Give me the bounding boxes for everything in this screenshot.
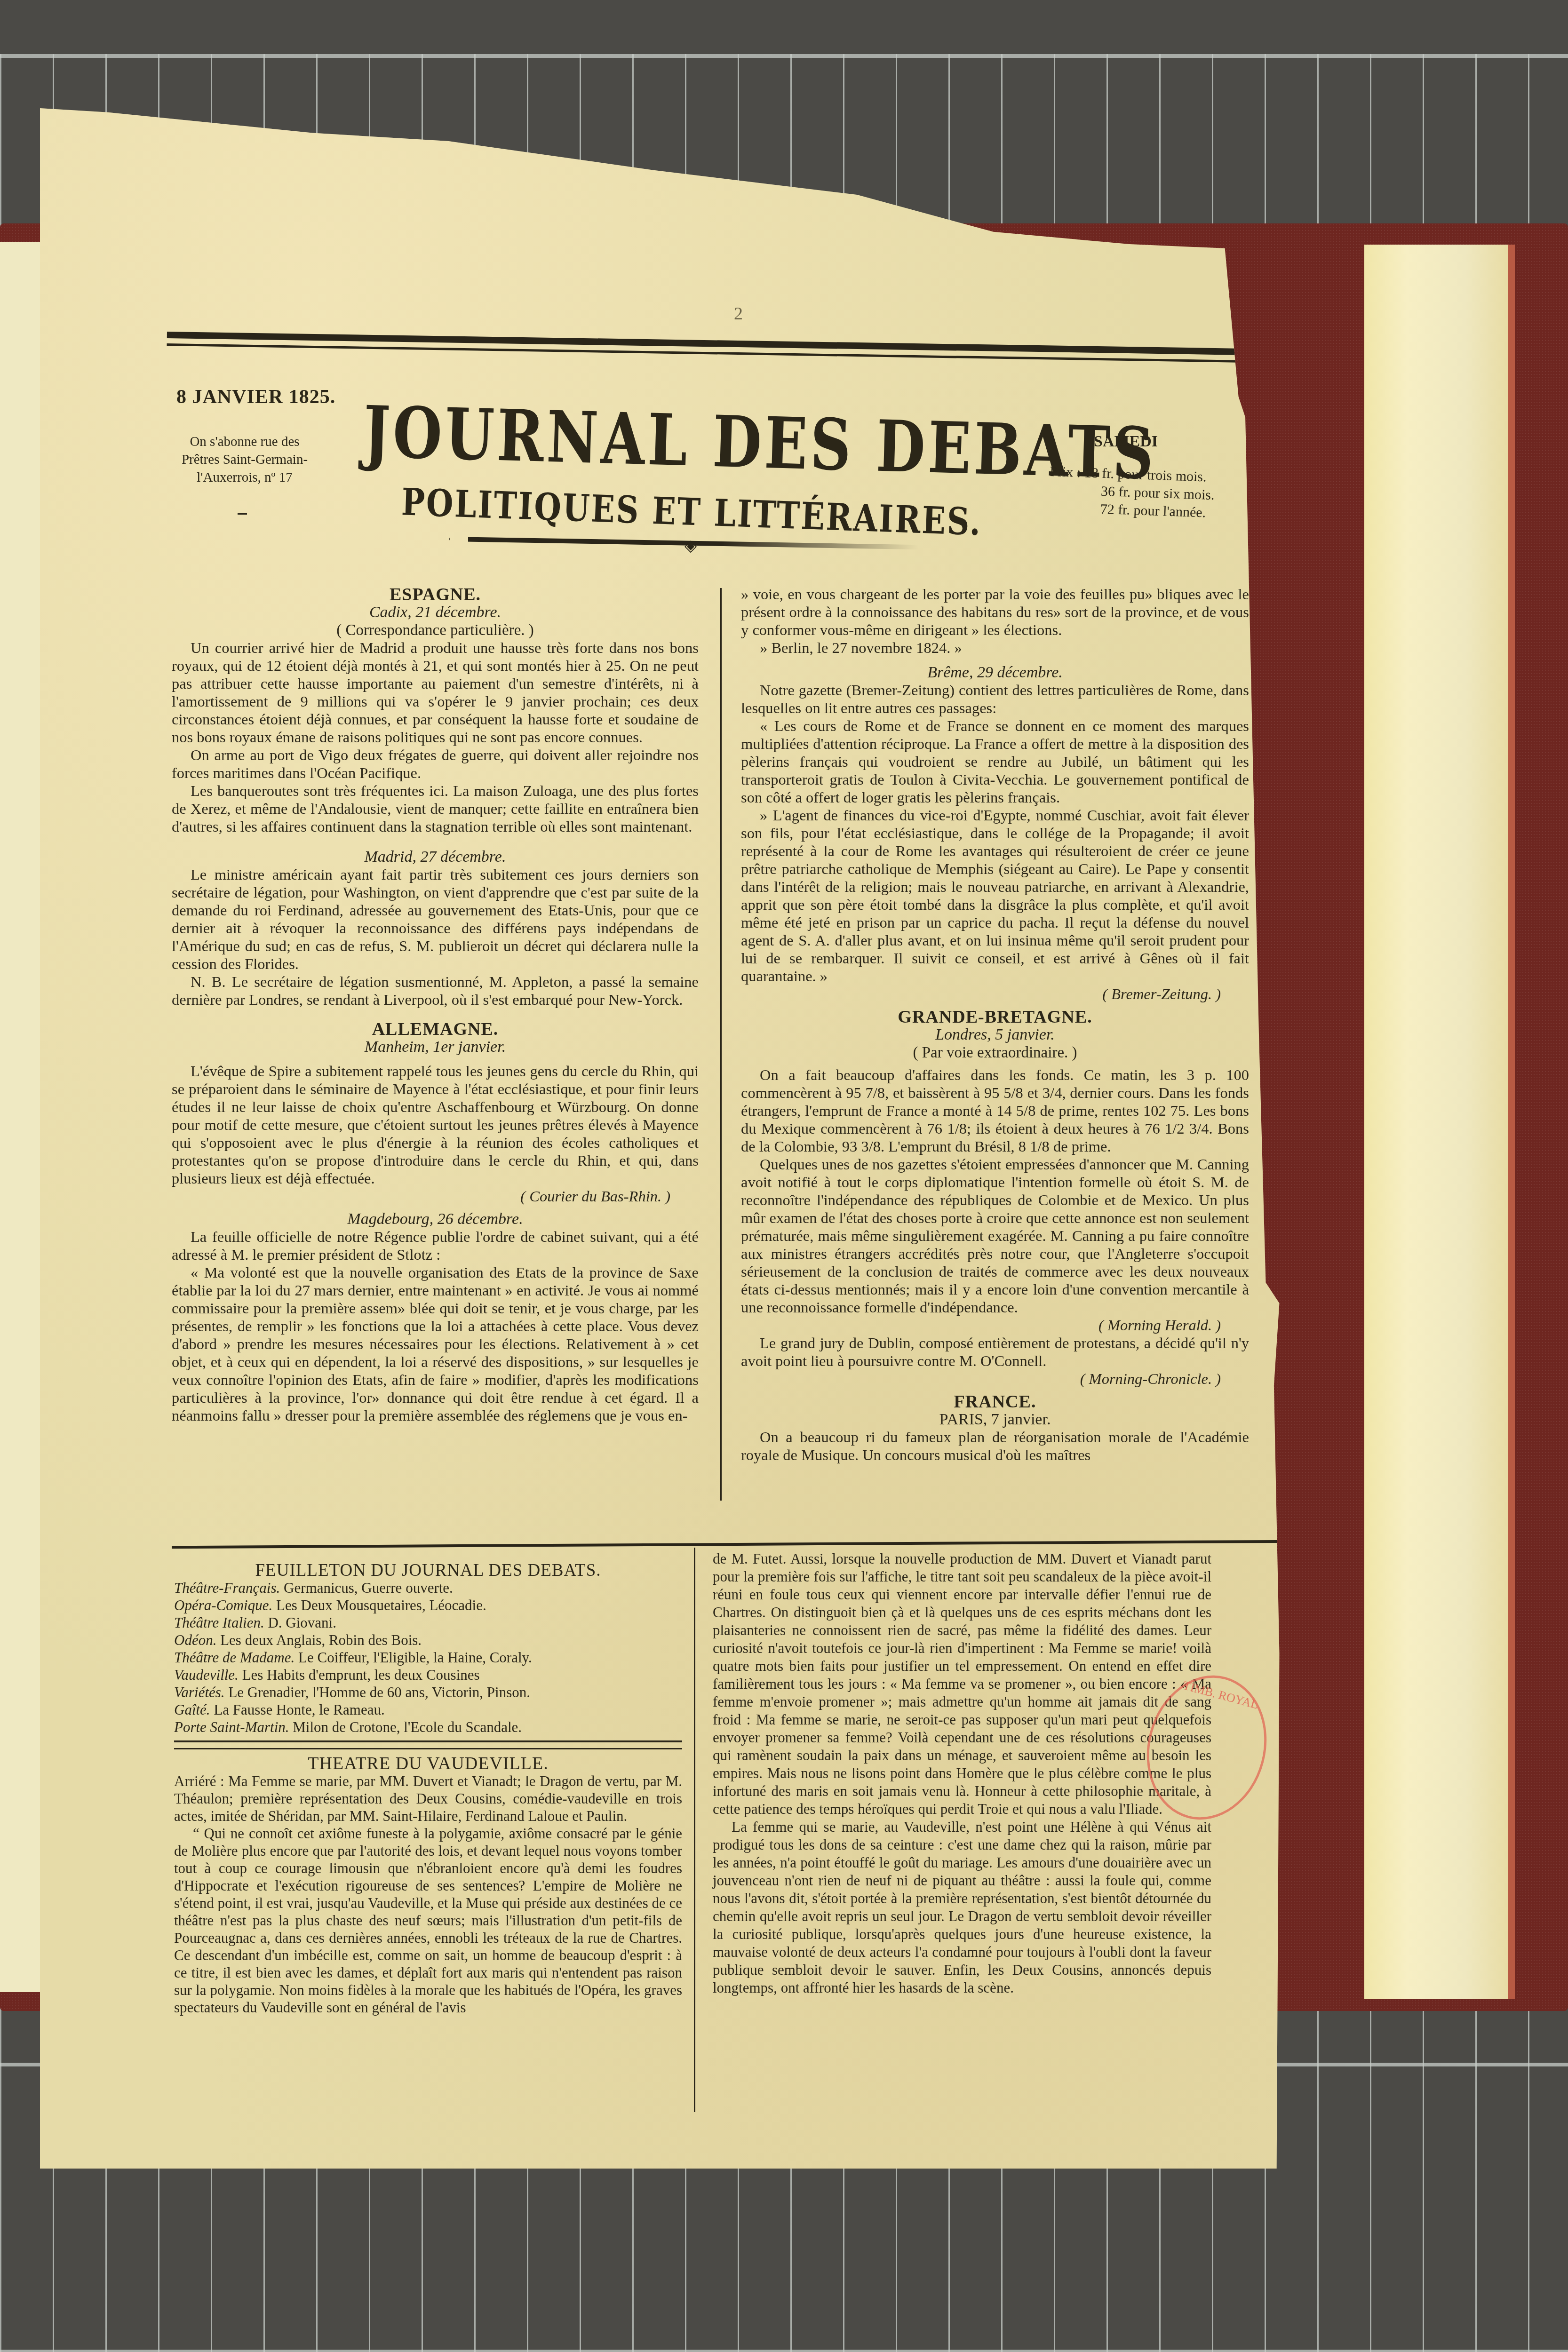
subscription-prices: Prix : 18 fr. pour trois mois. 36 fr. po… — [1048, 463, 1215, 522]
listing-item: Théâtre Italien. D. Giovani. — [174, 1614, 682, 1631]
article-quote: « Ma volonté est que la nouvelle organis… — [172, 1264, 699, 1425]
feuilleton-column-divider — [694, 1548, 695, 2112]
vaudeville-heading: THEATRE DU VAUDEVILLE. — [174, 1755, 682, 1772]
dateline-paris: PARIS, 7 janvier. — [741, 1411, 1249, 1429]
article-paragraph: On a beaucoup ri du fameux plan de réorg… — [741, 1429, 1249, 1464]
ornament-icon: ◈ — [685, 536, 697, 555]
signoff-berlin: » Berlin, le 27 novembre 1824. » — [741, 639, 1249, 657]
listing-item: Opéra-Comique. Les Deux Mousquetaires, L… — [174, 1597, 682, 1614]
article-paragraph: « Les cours de Rome et de France se donn… — [741, 717, 1249, 807]
listing-rule — [174, 1740, 682, 1742]
listing-item: Porte Saint-Martin. Milon de Crotone, l'… — [174, 1718, 682, 1736]
article-quote: » voie, en vous chargeant de les porter … — [741, 586, 1249, 639]
note-voie-extraordinaire: ( Par voie extraordinaire. ) — [741, 1044, 1249, 1062]
section-heading-grande-bretagne: GRANDE-BRETAGNE. — [741, 1008, 1249, 1026]
article-paragraph: » L'agent de finances du vice-roi d'Egyp… — [741, 807, 1249, 985]
newspaper-subtitle: POLITIQUES ET LITTÉRAIRES. — [401, 480, 983, 544]
dash-ornament — [238, 513, 247, 515]
article-paragraph: Le grand jury de Dublin, composé entière… — [741, 1335, 1249, 1370]
source-morning-herald: ( Morning Herald. ) — [741, 1317, 1249, 1335]
left-column: ESPAGNE. Cadix, 21 décembre. ( Correspon… — [172, 581, 699, 1425]
article-paragraph: La feuille officielle de notre Régence p… — [172, 1228, 699, 1264]
dateline-magdebourg: Magdebourg, 26 décembre. — [172, 1210, 699, 1228]
article-paragraph: Notre gazette (Bremer-Zeitung) contient … — [741, 682, 1249, 717]
masthead-rule — [167, 332, 1324, 364]
section-heading-france: FRANCE. — [741, 1393, 1249, 1411]
subscription-note: On s'abonne rue des Prêtres Saint-Germai… — [174, 433, 315, 486]
listing-item: Théâtre-Français. Germanicus, Guerre ouv… — [174, 1579, 682, 1597]
review-body: de M. Futet. Aussi, lorsque la nouvelle … — [713, 1550, 1211, 1818]
book-pages-right — [1364, 245, 1515, 1999]
source-courier-bas-rhin: ( Courier du Bas-Rhin. ) — [172, 1188, 699, 1206]
article-paragraph: Les banqueroutes sont très fréquentes ic… — [172, 782, 699, 836]
review-body: La femme qui se marie, au Vaudeville, n'… — [713, 1818, 1211, 1997]
dateline-londres: Londres, 5 janvier. — [741, 1026, 1249, 1044]
feuilleton-heading: FEUILLETON DU JOURNAL DES DEBATS. — [174, 1562, 682, 1579]
dateline-madrid: Madrid, 27 décembre. — [172, 848, 699, 866]
newspaper-title: JOURNAL DES DEBATS — [362, 390, 1157, 495]
column-divider — [720, 588, 722, 1501]
newspaper-page: 2 8 JANVIER 1825. On s'abonne rue des Pr… — [40, 108, 1402, 2169]
dateline-manheim: Manheim, 1er janvier. — [172, 1038, 699, 1056]
right-column: » voie, en vous chargeant de les porter … — [741, 586, 1249, 1464]
dateline-cadix: Cadix, 21 décembre. — [172, 604, 699, 621]
source-bremer-zeitung: ( Bremer-Zeitung. ) — [741, 985, 1249, 1003]
dateline-breme: Brême, 29 décembre. — [741, 664, 1249, 682]
issue-day: SAMEDI — [1094, 433, 1158, 451]
article-paragraph: Le ministre américain ayant fait partir … — [172, 866, 699, 973]
listing-item: Odéon. Les deux Anglais, Robin des Bois. — [174, 1631, 682, 1649]
article-paragraph: On arme au port de Vigo deux frégates de… — [172, 747, 699, 782]
listing-item: Vaudeville. Les Habits d'emprunt, les de… — [174, 1666, 682, 1684]
issue-date: 8 JANVIER 1825. — [176, 386, 335, 408]
review-body: “ Qui ne connoît cet axiôme funeste à la… — [174, 1825, 682, 2016]
feuilleton-rule — [172, 1540, 1291, 1549]
article-paragraph: N. B. Le secrétaire de légation susmenti… — [172, 973, 699, 1009]
note-correspondance: ( Correspondance particulière. ) — [172, 621, 699, 639]
feuilleton-left-column: FEUILLETON DU JOURNAL DES DEBATS. Théâtr… — [174, 1557, 682, 2016]
review-intro: Arriéré : Ma Femme se marie, par MM. Duv… — [174, 1772, 682, 1825]
theatre-listings: Théâtre-Français. Germanicus, Guerre ouv… — [174, 1579, 682, 1736]
page-number: 2 — [734, 303, 743, 324]
newspaper-content: 2 8 JANVIER 1825. On s'abonne rue des Pr… — [129, 108, 1296, 2169]
feuilleton-right-column: de M. Futet. Aussi, lorsque la nouvelle … — [713, 1550, 1211, 1997]
source-morning-chronicle: ( Morning-Chronicle. ) — [741, 1370, 1249, 1388]
listing-rule — [174, 1748, 682, 1749]
dark-backdrop — [0, 0, 1568, 54]
listing-item: Variétés. Le Grenadier, l'Homme de 60 an… — [174, 1684, 682, 1701]
article-paragraph: L'évêque de Spire a subitement rappelé t… — [172, 1063, 699, 1188]
section-heading-espagne: ESPAGNE. — [172, 586, 699, 604]
article-paragraph: Quelques unes de nos gazettes s'étoient … — [741, 1156, 1249, 1317]
section-heading-allemagne: ALLEMAGNE. — [172, 1020, 699, 1038]
listing-item: Théâtre de Madame. Le Coiffeur, l'Eligib… — [174, 1649, 682, 1666]
article-paragraph: On a fait beaucoup d'affaires dans les f… — [741, 1066, 1249, 1156]
listing-item: Gaîté. La Fausse Honte, le Rameau. — [174, 1701, 682, 1718]
article-paragraph: Un courrier arrivé hier de Madrid a prod… — [172, 639, 699, 747]
